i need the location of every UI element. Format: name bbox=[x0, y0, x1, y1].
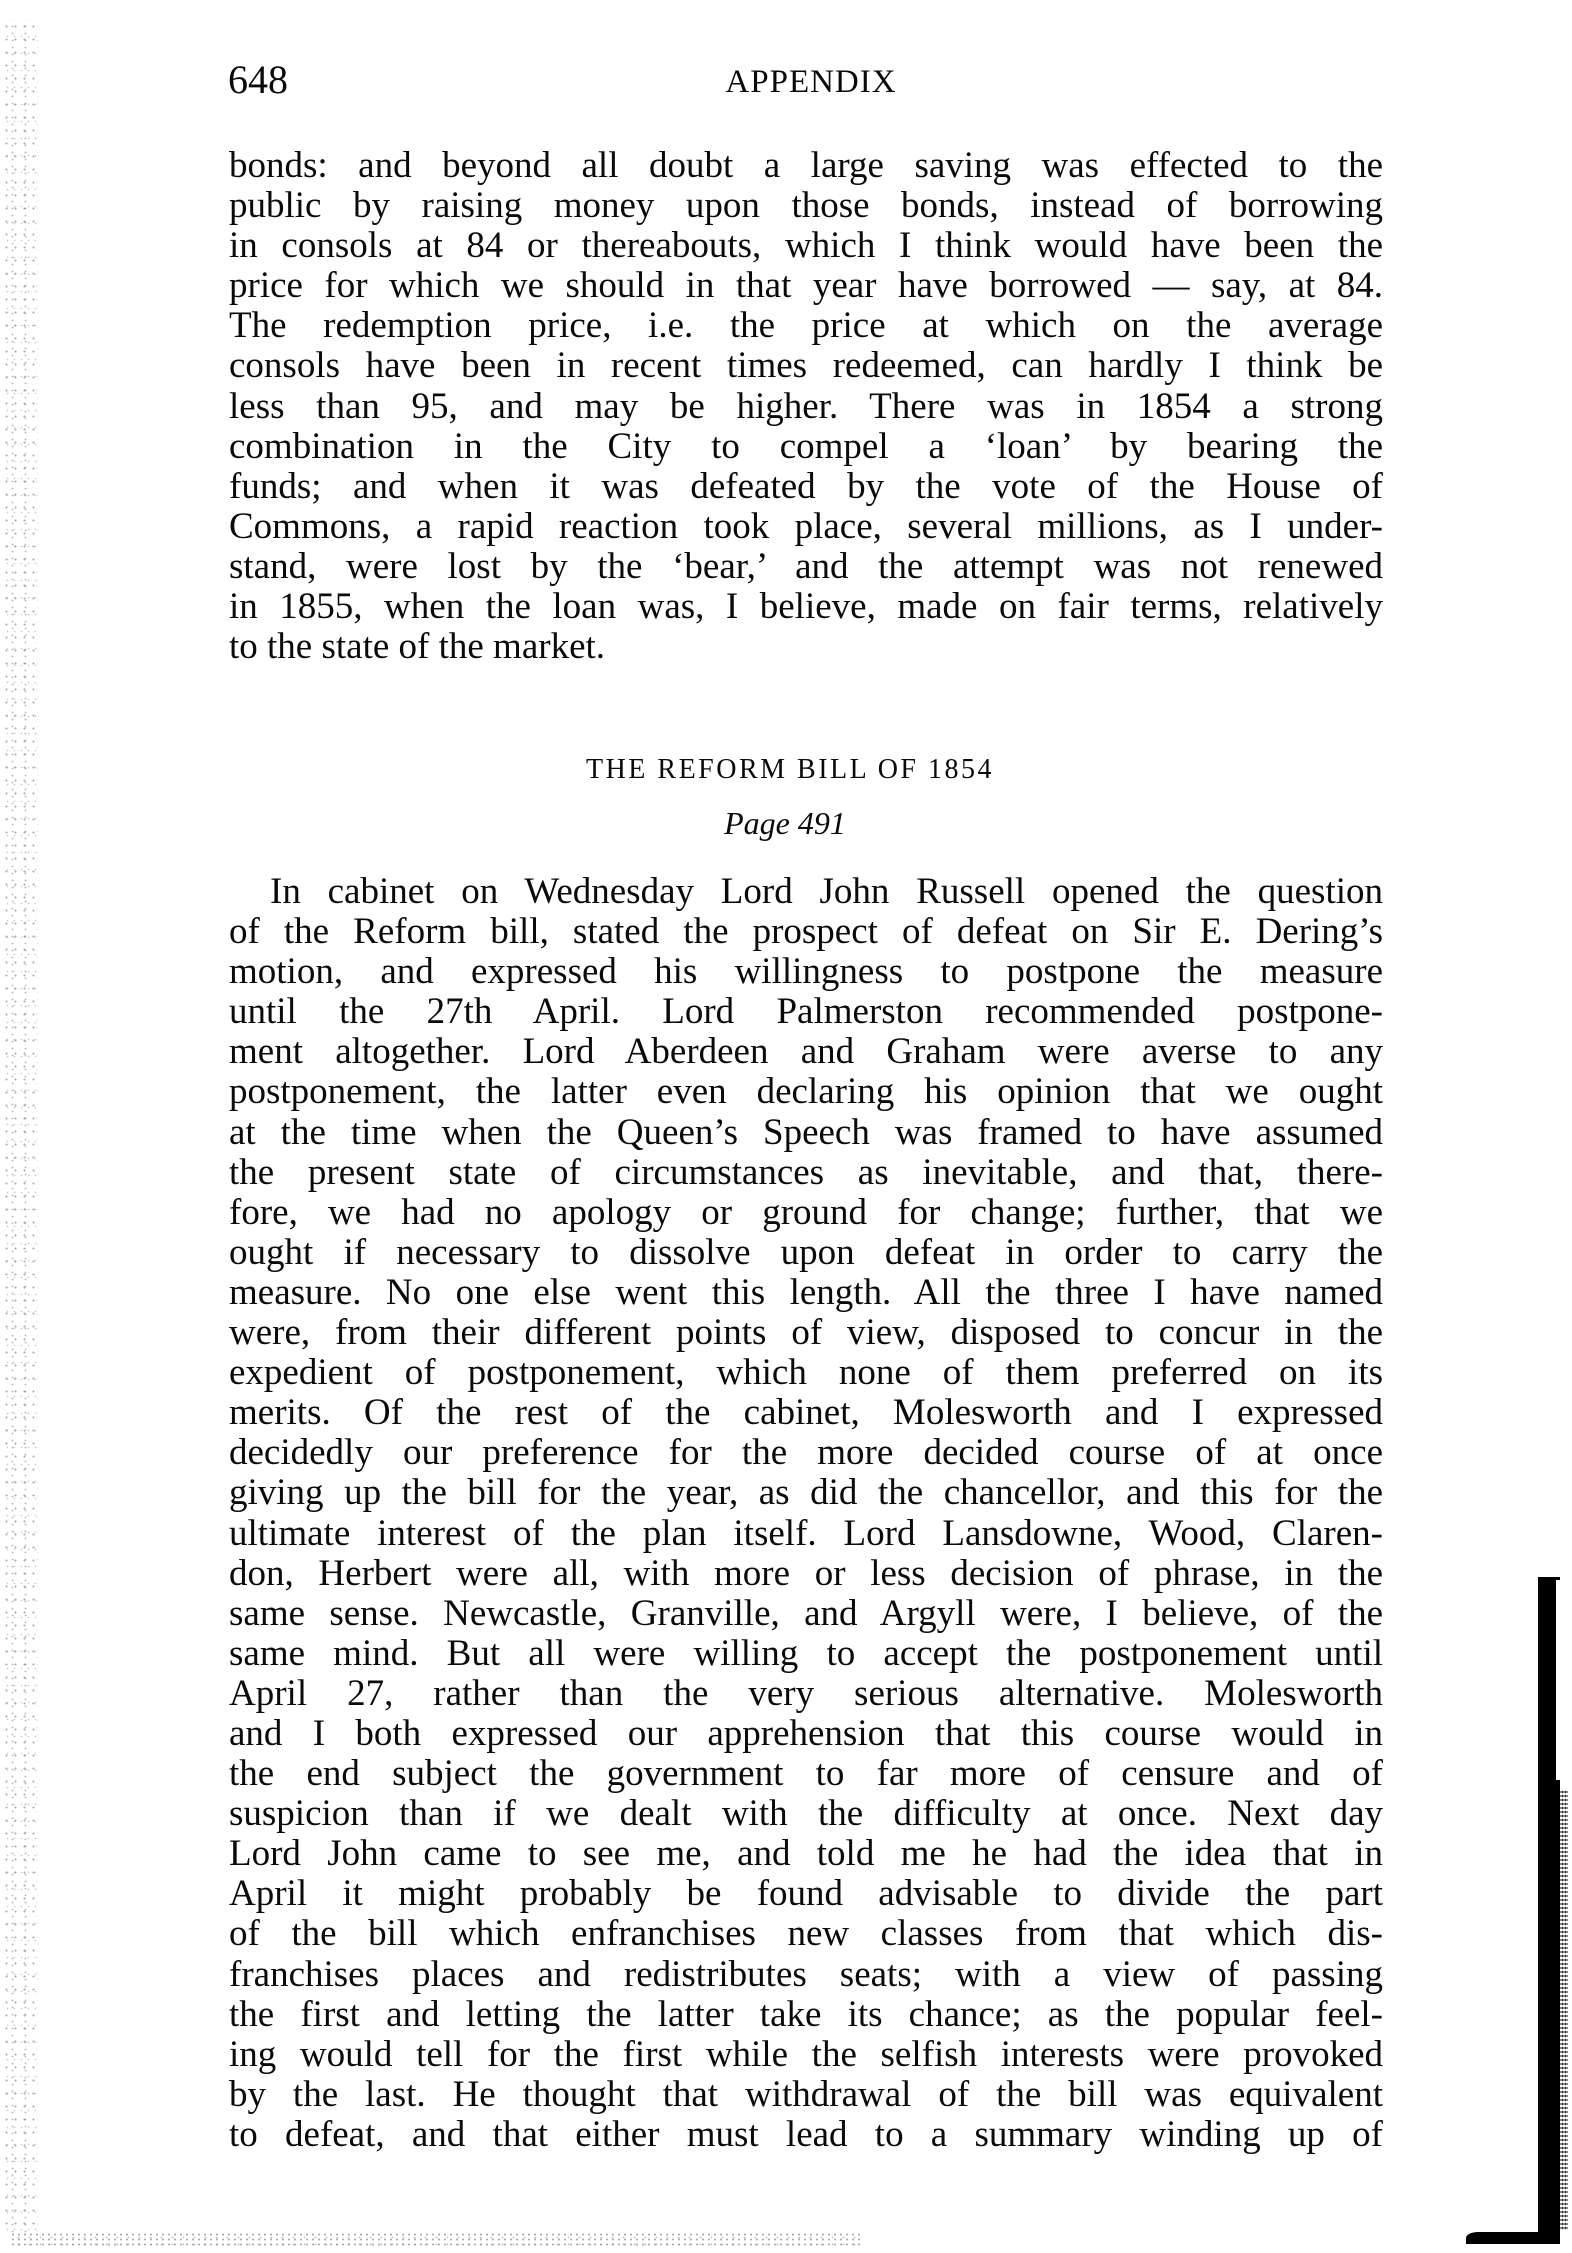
running-head: 648 APPENDIX bbox=[0, 58, 1572, 102]
text-line: at the time when the Queen’s Speech was … bbox=[229, 1113, 1383, 1153]
text-line: funds; and when it was defeated by the v… bbox=[229, 467, 1383, 507]
paragraph-reform-bill: In cabinet on Wednesday Lord John Russel… bbox=[229, 872, 1383, 2155]
text-line: to the state of the market. bbox=[229, 627, 1383, 667]
scanned-page: 648 APPENDIX bonds: and beyond all doubt… bbox=[0, 0, 1572, 2253]
text-line: April 27, rather than the very serious a… bbox=[229, 1674, 1383, 1714]
running-title: APPENDIX bbox=[715, 60, 907, 104]
text-line: ing would tell for the first while the s… bbox=[229, 2035, 1383, 2075]
section-page-reference: Page 491 bbox=[700, 804, 870, 842]
text-line: postponement, the latter even declaring … bbox=[229, 1072, 1383, 1112]
text-line: in consols at 84 or thereabouts, which I… bbox=[229, 226, 1383, 266]
text-line: decidedly our preference for the more de… bbox=[229, 1433, 1383, 1473]
text-line: April it might probably be found advisab… bbox=[229, 1874, 1383, 1914]
text-line: don, Herbert were all, with more or less… bbox=[229, 1554, 1383, 1594]
text-line: The redemption price, i.e. the price at … bbox=[229, 306, 1383, 346]
text-line: Commons, a rapid reaction took place, se… bbox=[229, 507, 1383, 547]
scan-noise-left-edge bbox=[2, 20, 38, 2235]
text-line: merits. Of the rest of the cabinet, Mole… bbox=[229, 1393, 1383, 1433]
text-line: combination in the City to compel a ‘loa… bbox=[229, 427, 1383, 467]
text-line: suspicion than if we dealt with the diff… bbox=[229, 1794, 1383, 1834]
text-line: measure. No one else went this length. A… bbox=[229, 1273, 1383, 1313]
text-line: stand, were lost by the ‘bear,’ and the … bbox=[229, 547, 1383, 587]
text-line: fore, we had no apology or ground for ch… bbox=[229, 1193, 1383, 1233]
text-line: In cabinet on Wednesday Lord John Russel… bbox=[229, 872, 1383, 912]
text-line: bonds: and beyond all doubt a large savi… bbox=[229, 146, 1383, 186]
text-line: until the 27th April. Lord Palmerston re… bbox=[229, 992, 1383, 1032]
text-line: and I both expressed our apprehension th… bbox=[229, 1714, 1383, 1754]
text-line: same mind. But all were willing to accep… bbox=[229, 1634, 1383, 1674]
text-line: less than 95, and may be higher. There w… bbox=[229, 387, 1383, 427]
text-line: ultimate interest of the plan itself. Lo… bbox=[229, 1514, 1383, 1554]
text-line: public by raising money upon those bonds… bbox=[229, 186, 1383, 226]
text-line: the end subject the government to far mo… bbox=[229, 1754, 1383, 1794]
text-line: giving up the bill for the year, as did … bbox=[229, 1473, 1383, 1513]
text-line: price for which we should in that year h… bbox=[229, 266, 1383, 306]
text-line: of the Reform bill, stated the prospect … bbox=[229, 912, 1383, 952]
text-line: expedient of postponement, which none of… bbox=[229, 1353, 1383, 1393]
text-line: by the last. He thought that withdrawal … bbox=[229, 2075, 1383, 2115]
book-spine-fuzz bbox=[1558, 1790, 1568, 2230]
paragraph-consols: bonds: and beyond all doubt a large savi… bbox=[229, 146, 1383, 667]
text-line: of the bill which enfranchises new class… bbox=[229, 1914, 1383, 1954]
page-number: 648 bbox=[228, 58, 288, 102]
text-line: were, from their different points of vie… bbox=[229, 1313, 1383, 1353]
book-spine-gap bbox=[1556, 1580, 1560, 1780]
text-line: ought if necessary to dissolve upon defe… bbox=[229, 1233, 1383, 1273]
text-line: same sense. Newcastle, Granville, and Ar… bbox=[229, 1594, 1383, 1634]
scan-noise-bottom-edge bbox=[10, 2232, 860, 2246]
section-heading: THE REFORM BILL OF 1854 bbox=[547, 752, 1033, 788]
text-line: to defeat, and that either must lead to … bbox=[229, 2115, 1383, 2155]
text-line: ment altogether. Lord Aberdeen and Graha… bbox=[229, 1032, 1383, 1072]
text-line: the present state of circumstances as in… bbox=[229, 1153, 1383, 1193]
book-spine-base bbox=[1466, 2232, 1560, 2244]
text-line: in 1855, when the loan was, I believe, m… bbox=[229, 587, 1383, 627]
text-line: motion, and expressed his willingness to… bbox=[229, 952, 1383, 992]
text-line: consols have been in recent times redeem… bbox=[229, 346, 1383, 386]
text-line: franchises places and redistributes seat… bbox=[229, 1955, 1383, 1995]
text-line: Lord John came to see me, and told me he… bbox=[229, 1834, 1383, 1874]
text-line: the first and letting the latter take it… bbox=[229, 1995, 1383, 2035]
